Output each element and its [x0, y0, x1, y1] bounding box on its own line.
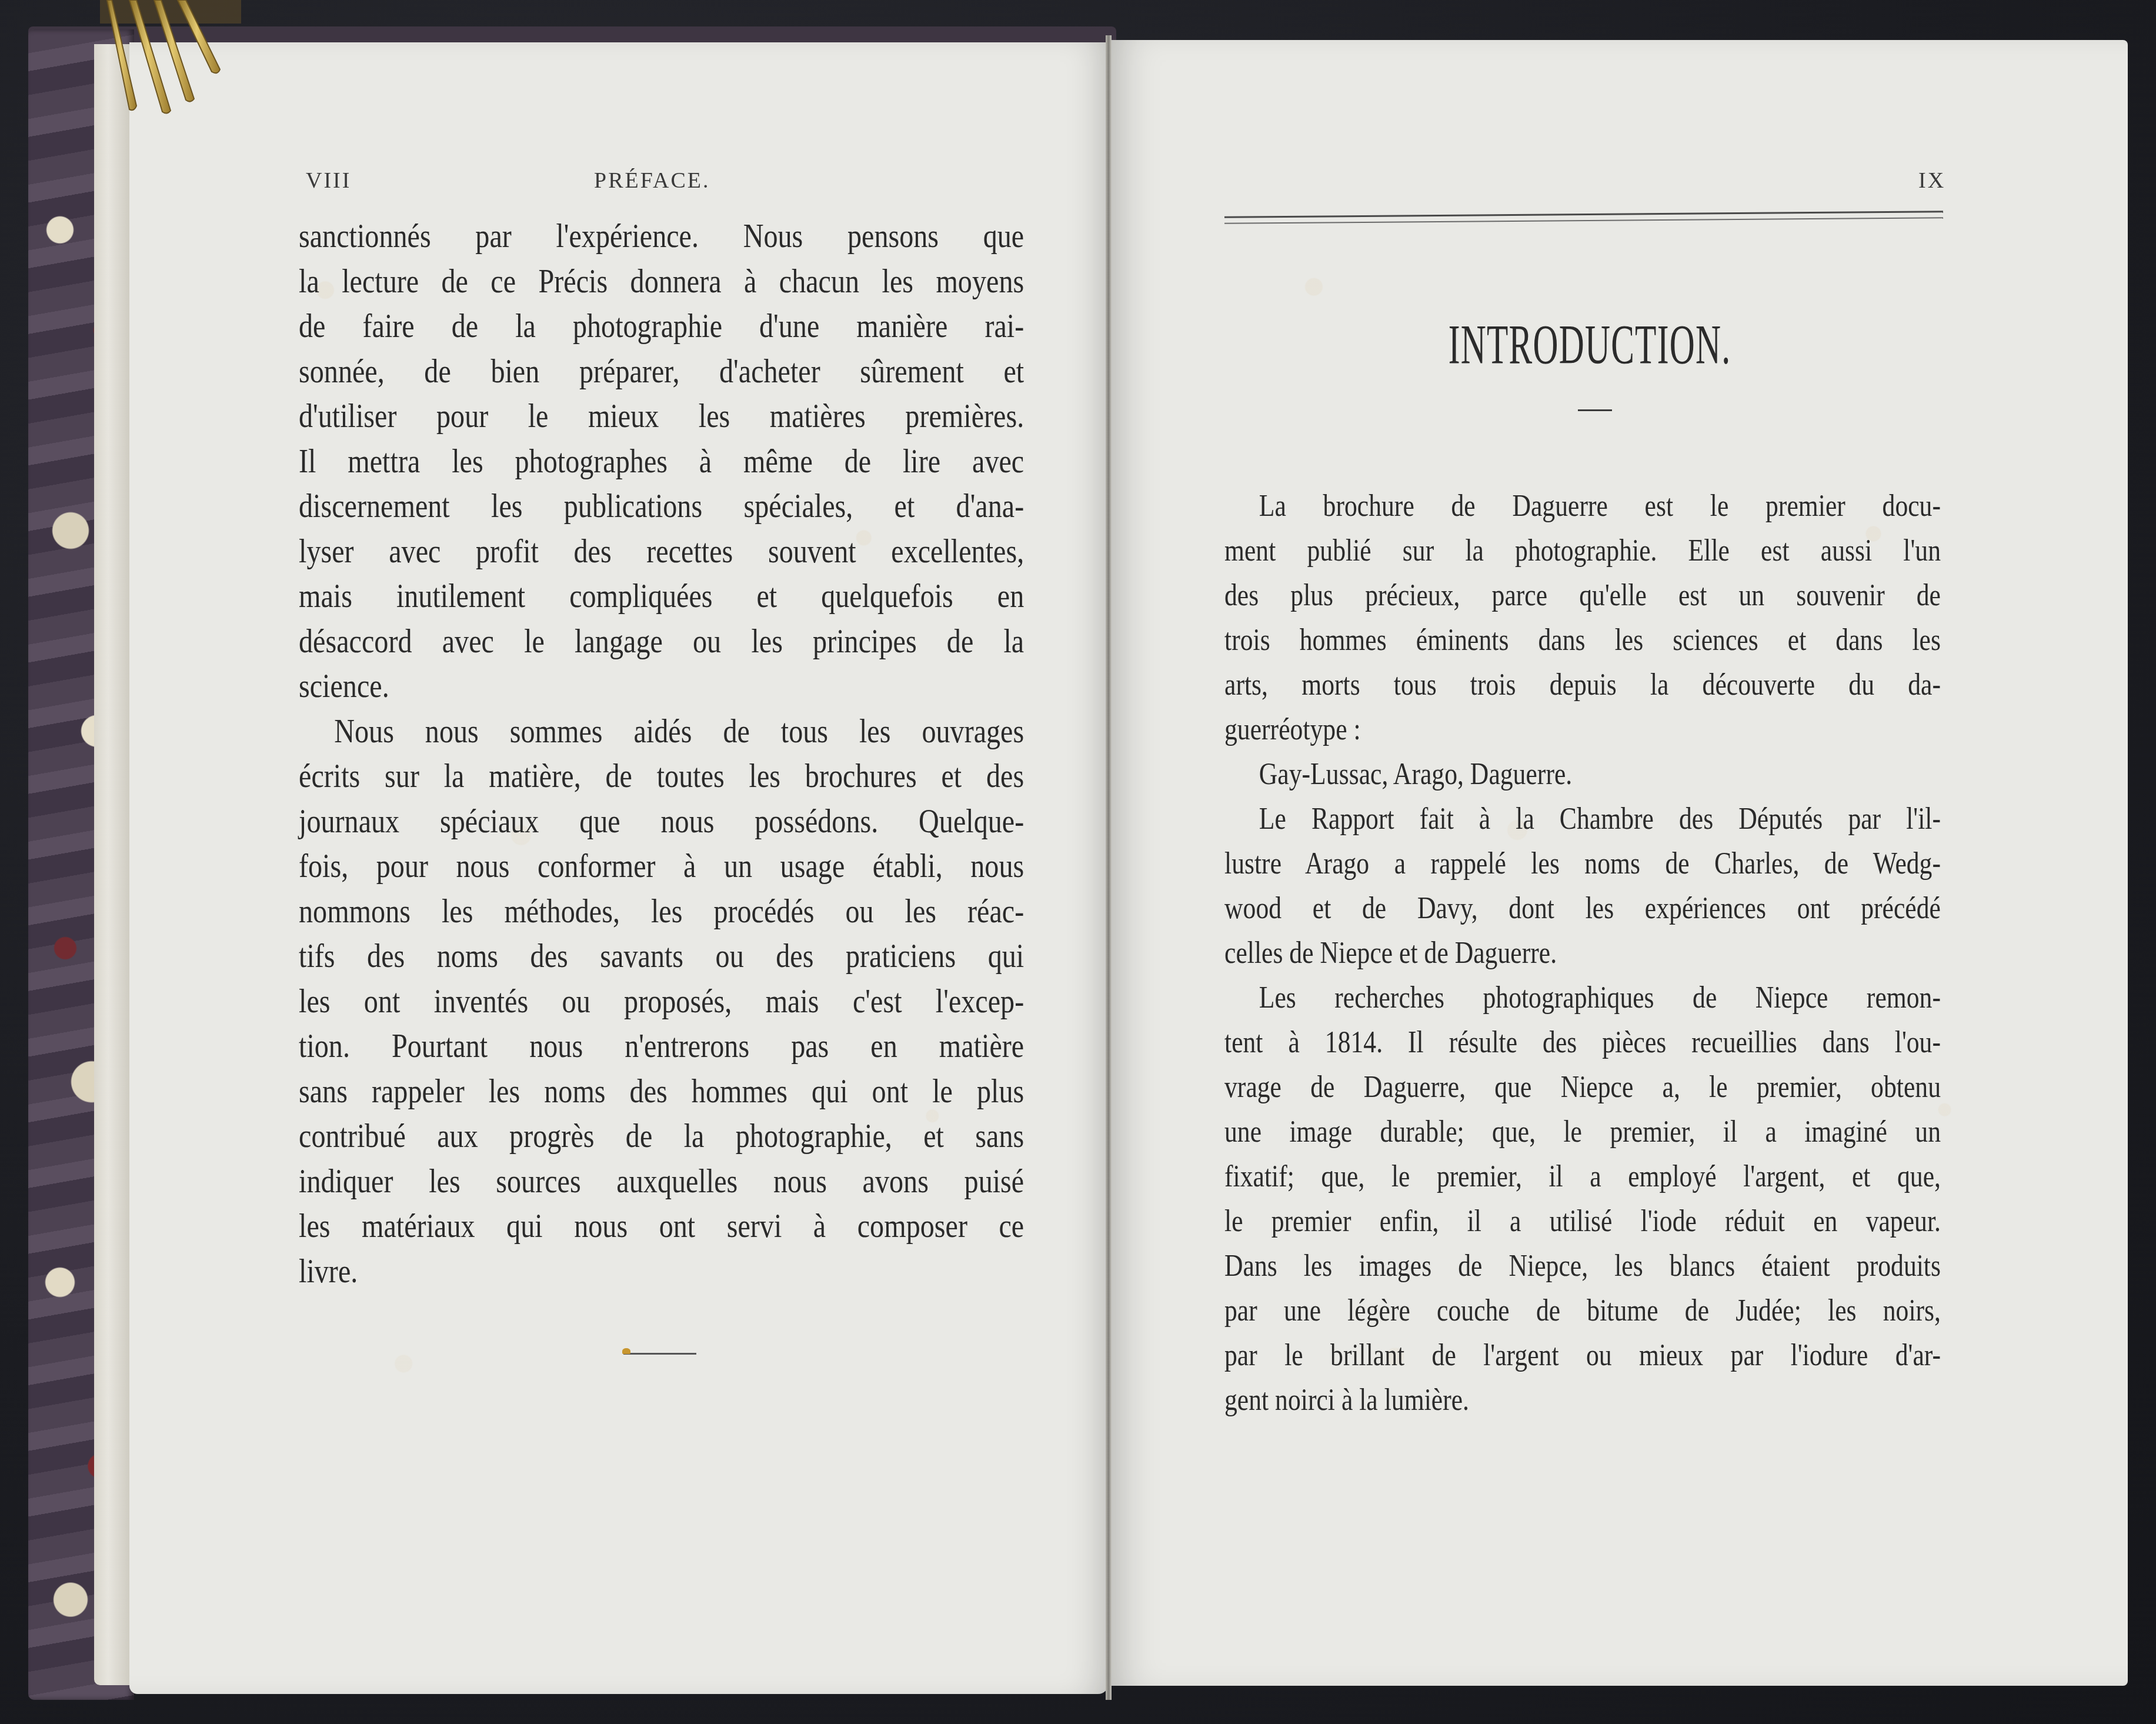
text-line: par une légère couche de bitume de Judée… — [1224, 1289, 1941, 1333]
text-line: la lecture de ce Précis donnera à chacun… — [299, 259, 1024, 305]
section-end-rule — [623, 1353, 696, 1355]
text-line: Dans les images de Niepce, les blancs ét… — [1224, 1244, 1941, 1289]
foxing-spot — [622, 1348, 630, 1354]
text-line: le premier enfin, il a utilisé l'iode ré… — [1224, 1199, 1941, 1244]
book-photograph: VIII PRÉFACE. sanctionnés par l'expérien… — [0, 0, 2156, 1724]
text-line: nommons les méthodes, les procédés ou le… — [299, 889, 1024, 935]
text-line: wood et de Davy, dont les expériences on… — [1224, 886, 1941, 931]
text-line: gent noirci à la lumière. — [1224, 1378, 1941, 1423]
text-line: tion. Pourtant nous n'entrerons pas en m… — [299, 1024, 1024, 1069]
book-gutter — [1106, 35, 1112, 1700]
text-line: Le Rapport fait à la Chambre des Députés… — [1224, 797, 1941, 842]
text-line: tent à 1814. Il résulte des pièces recue… — [1224, 1021, 1941, 1065]
text-line: Nous nous sommes aidés de tous les ouvra… — [299, 709, 1024, 755]
text-line: arts, morts tous trois depuis la découve… — [1224, 663, 1941, 708]
text-line: sanctionnés par l'expérience. Nous penso… — [299, 214, 1024, 259]
text-line: Gay-Lussac, Arago, Daguerre. — [1224, 752, 1941, 797]
text-line: Les recherches photographiques de Niepce… — [1224, 976, 1941, 1021]
text-line: celles de Niepce et de Daguerre. — [1224, 931, 1941, 976]
text-line: journaux spéciaux que nous possédons. Qu… — [299, 799, 1024, 845]
text-line: d'utiliser pour le mieux les matières pr… — [299, 394, 1024, 439]
text-line: de faire de la photographie d'une manièr… — [299, 304, 1024, 349]
text-line: guerréotype : — [1224, 708, 1941, 752]
introduction-body-text: La brochure de Daguerre est le premier d… — [1224, 484, 1941, 1423]
text-line: indiquer les sources auxquelles nous avo… — [299, 1159, 1024, 1205]
text-line: contribué aux progrès de la photographie… — [299, 1114, 1024, 1159]
text-line: lyser avec profit des recettes souvent e… — [299, 529, 1024, 575]
title-underline-rule — [1578, 409, 1612, 411]
brass-bookmark-clip-icon — [100, 0, 241, 118]
text-line: fois, pour nous conformer à un usage éta… — [299, 844, 1024, 889]
text-line: discernement les publications spéciales,… — [299, 484, 1024, 529]
page-block-edge — [94, 44, 131, 1685]
text-line: sans rappeler les noms des hommes qui on… — [299, 1069, 1024, 1115]
text-line: les matériaux qui nous ont servi à compo… — [299, 1204, 1024, 1249]
text-line: Il mettra les photographes à même de lir… — [299, 439, 1024, 485]
text-line: par le brillant de l'argent ou mieux par… — [1224, 1333, 1941, 1378]
text-line: fixatif; que, le premier, il a employé l… — [1224, 1155, 1941, 1199]
page-number-left: VIII — [306, 168, 351, 194]
text-line: les ont inventés ou proposés, mais c'est… — [299, 979, 1024, 1025]
text-line: La brochure de Daguerre est le premier d… — [1224, 484, 1941, 529]
text-line: trois hommes éminents dans les sciences … — [1224, 618, 1941, 663]
page-number-right: IX — [1918, 168, 1945, 194]
text-line: des plus précieux, parce qu'elle est un … — [1224, 573, 1941, 618]
text-line: science. — [299, 664, 1024, 709]
text-line: écrits sur la matière, de toutes les bro… — [299, 754, 1024, 799]
text-line: ment publié sur la photographie. Elle es… — [1224, 529, 1941, 573]
text-line: tifs des noms des savants ou des pratici… — [299, 934, 1024, 979]
running-head-preface: PRÉFACE. — [594, 168, 710, 194]
text-line: vrage de Daguerre, que Niepce a, le prem… — [1224, 1065, 1941, 1110]
text-line: une image durable; que, le premier, il a… — [1224, 1110, 1941, 1155]
text-line: lustre Arago a rappelé les noms de Charl… — [1224, 842, 1941, 886]
text-line: sonnée, de bien préparer, d'acheter sûre… — [299, 349, 1024, 395]
text-line: mais inutilement compliquées et quelquef… — [299, 574, 1024, 619]
text-line: désaccord avec le langage ou les princip… — [299, 619, 1024, 665]
text-line: livre. — [299, 1249, 1024, 1295]
chapter-title: INTRODUCTION. — [1407, 312, 1772, 377]
preface-body-text: sanctionnés par l'expérience. Nous penso… — [299, 214, 1024, 1294]
